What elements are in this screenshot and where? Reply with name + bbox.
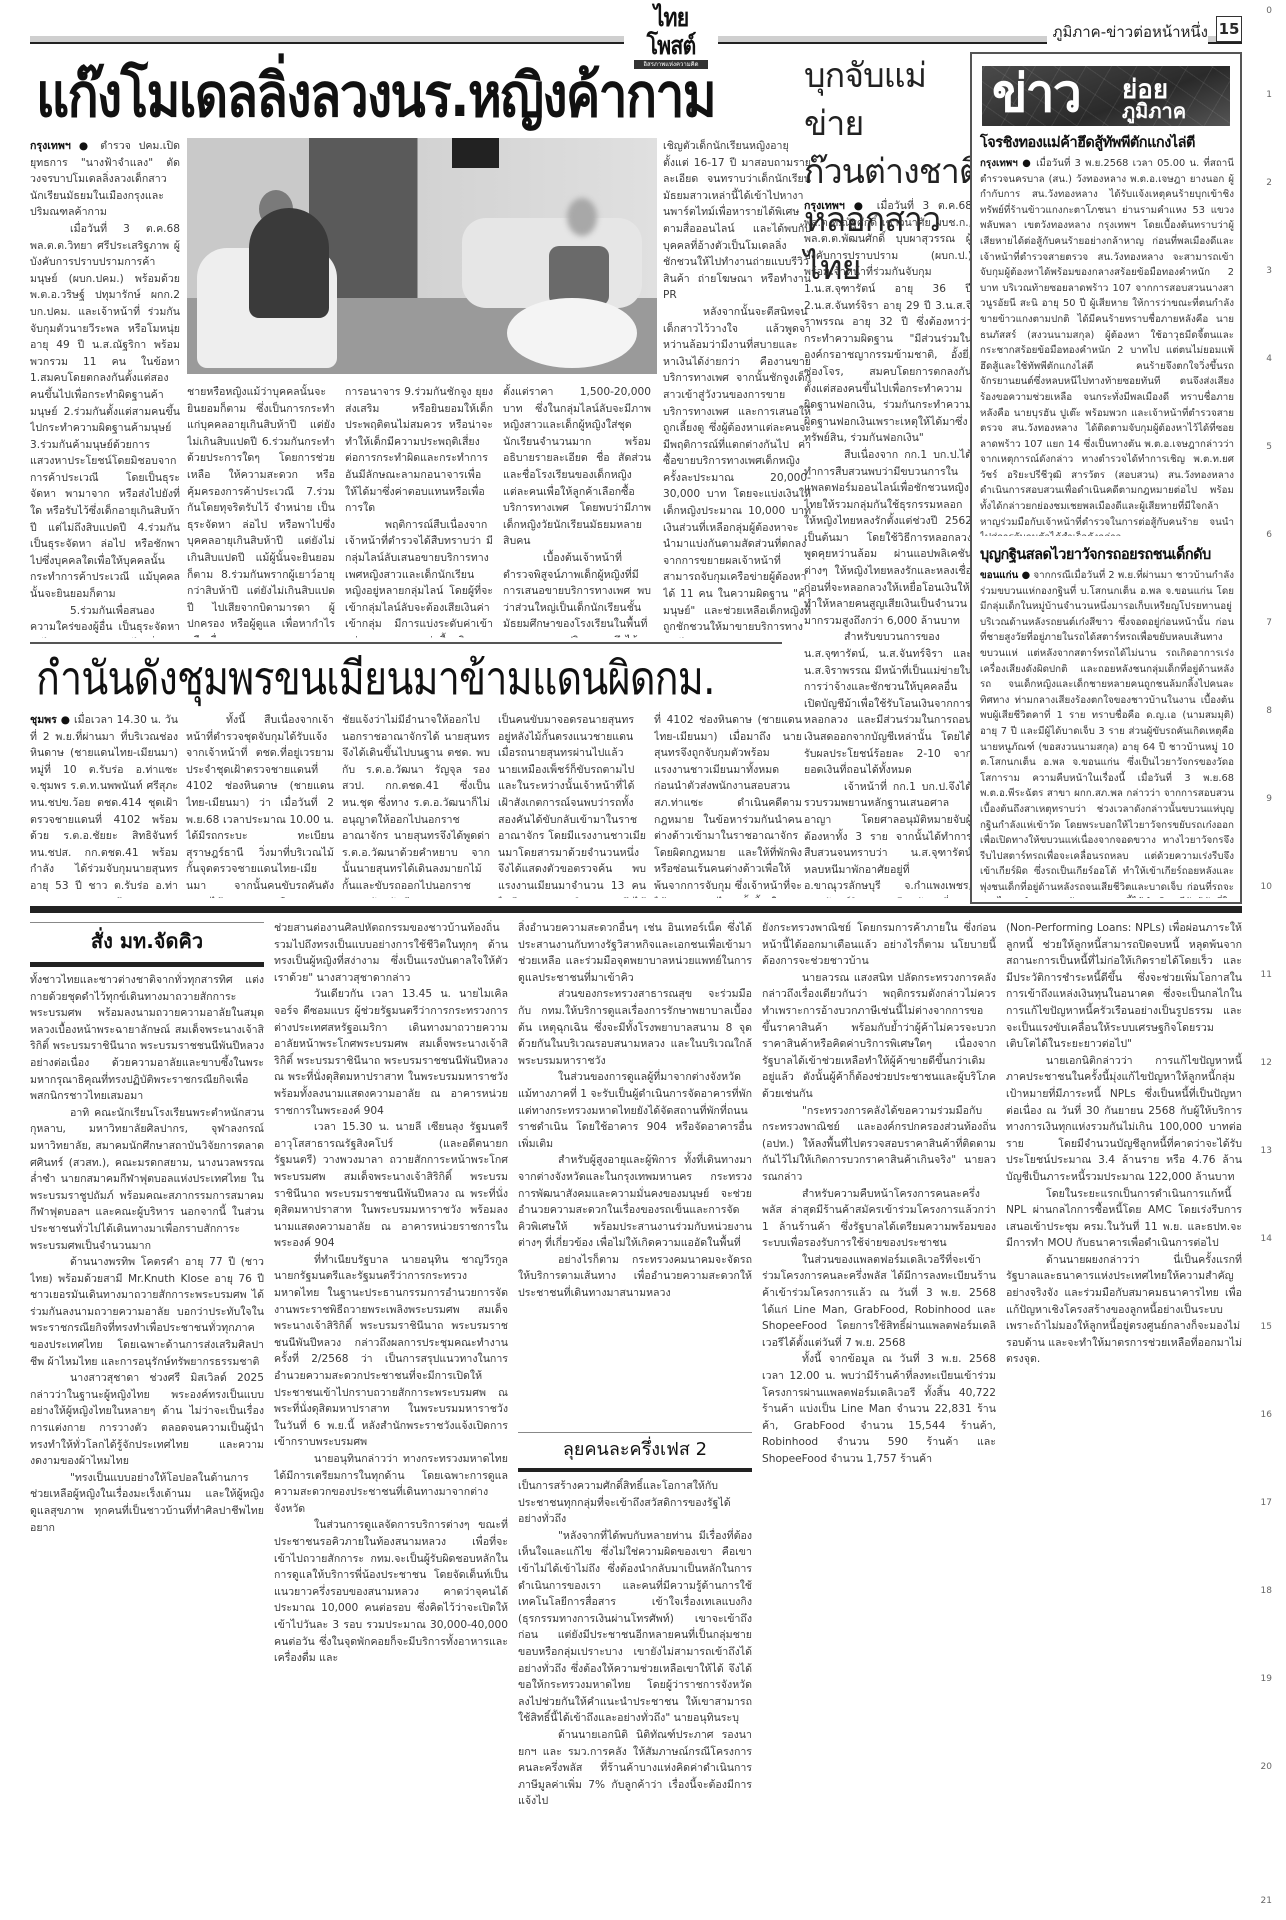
brief1-dateline: กรุงเทพฯ ● xyxy=(980,158,1032,169)
banner-title: ข่าว xyxy=(992,66,1080,126)
ruler-mark: 15 xyxy=(1261,1322,1272,1332)
story4-headline: สั่ง มท.จัดคิว xyxy=(30,928,264,954)
brief2-dateline: ขอนแก่น ● xyxy=(980,570,1030,581)
story1-para: เมื่อวันที่ 3 ต.ค.68 พล.ต.ต.วิทยา ศรีประ… xyxy=(30,221,180,603)
page-ruler: 0 1 2 3 4 5 6 7 8 9 10 11 12 13 14 15 16… xyxy=(1246,0,1286,1920)
story3-dateline: ชุมพร ● xyxy=(30,714,70,726)
story5-para: ด้านนายเอกนิติ นิติทัณฑ์ประภาศ รองนายกฯ … xyxy=(518,1727,752,1810)
story1-para: เชิญตัวเด็กนักเรียนหญิงอายุตั้งแต่ 16-17… xyxy=(663,138,811,304)
story4-col1: ทั้งชาวไทยและชาวต่างชาติจากทั่วทุกสารทิศ… xyxy=(30,972,264,1920)
story3-para: เป็นคนขับมาจอดรอนายสุนทรอยู่หลังไม้กั้นต… xyxy=(498,712,646,898)
story5-para: เป็นการสร้างความศักดิ์สิทธิ์และโอกาสให้ก… xyxy=(518,1478,752,1528)
story4-para: นางสาวสุชาดา ช่วงศรี มิสเวิลด์ 2025 กล่า… xyxy=(30,1370,264,1470)
ruler-mark: 9 xyxy=(1266,794,1272,804)
story1-para: หลังจากนั้นจะตีสนิทจนเด็กสาวไว้วางใจ แล้… xyxy=(663,304,811,638)
ruler-mark: 0 xyxy=(1266,6,1272,16)
ruler-mark: 14 xyxy=(1261,1234,1272,1244)
story4-para: เวลา 15.30 น. นายลี เซียนลุง รัฐมนตรีอาว… xyxy=(274,1119,508,1252)
story1-photo xyxy=(187,138,657,374)
story3-para: ทั้งนี้ สืบเนื่องจากเจ้าหน้าที่ตำรวจชุดจ… xyxy=(186,712,334,898)
story4-para: นายอนุทินกล่าวว่า ทางกระทรวงมหาดไทยได้มี… xyxy=(274,1451,508,1517)
story2-para: เจ้าหน้าที่ กก.1 บก.ป.จึงได้รวบรวมพยานหล… xyxy=(804,779,972,898)
story4-para: อย่างไรก็ตาม กระทรวงคมนาคมจะจัดรถให้บริก… xyxy=(518,1252,752,1302)
ruler-mark: 5 xyxy=(1266,442,1272,452)
story1-col2: ชายหรือหญิงแม้ว่าบุคคลนั้นจะยินยอมก็ตาม … xyxy=(187,384,335,638)
brief1-text: เมื่อวันที่ 3 พ.ย.2568 เวลา 05.00 น. ที่… xyxy=(980,158,1234,536)
brief2-body: ขอนแก่น ● จากกรณีเมื่อวันที่ 2 พ.ย.ที่ผ่… xyxy=(980,568,1234,898)
story4-para: สำหรับผู้สูงอายุและผู้พิการ ทั้งที่เดินท… xyxy=(518,1152,752,1252)
news-brief-banner: ข่าว ย่อย ภูมิภาค xyxy=(982,66,1230,126)
story4-para: ช่วยสานต่องานศิลปหัตถกรรมของชาวบ้านท้องถ… xyxy=(274,920,508,986)
story3-headline: กำนันดังชุมพรขนเมียนมาข้ามแดนผิดกม. xyxy=(36,648,715,708)
brief2-headline: บุญกฐินสลดไวยาวัจกรถอยรถชนเด็กดับ xyxy=(980,544,1211,566)
story3-col2: ทั้งนี้ สืบเนื่องจากเจ้าหน้าที่ตำรวจชุดจ… xyxy=(186,712,334,898)
ruler-mark: 20 xyxy=(1261,1762,1272,1772)
ruler-mark: 11 xyxy=(1261,970,1272,980)
story4-para: อาทิ คณะนักเรียนโรงเรียนพระตำหนักสวนกุหล… xyxy=(30,1105,264,1254)
brief2-text: จากกรณีเมื่อวันที่ 2 พ.ย.ที่ผ่านมา ชาวบ้… xyxy=(980,570,1234,898)
ruler-mark: 17 xyxy=(1261,1498,1272,1508)
story1-headline: แก๊งโมเดลลิ่งลวงนร.หญิงค้ากาม xyxy=(36,58,715,134)
story1-para: การอนาจาร 9.ร่วมกันชักจูง ยุยง ส่งเสริม … xyxy=(345,384,493,517)
story1-para: ชายหรือหญิงแม้ว่าบุคคลนั้นจะยินยอมก็ตาม … xyxy=(187,384,335,638)
story1-col4: ตั้งแต่ราคา 1,500-20,000 บาท ซึ่งในกลุ่ม… xyxy=(503,384,651,638)
brief1-headline: โจรชิงทองแม่ค้าฮึดสู้ทัพพีตักแกงไล่ตี xyxy=(980,132,1195,154)
story1-col3: การอนาจาร 9.ร่วมกันชักจูง ยุยง ส่งเสริม … xyxy=(345,384,493,638)
story4-para: ด้านนายผยงกล่าวว่า นี่เป็นครั้งแรกที่รัฐ… xyxy=(1006,1252,1242,1368)
story4-para: ทั้งนี้ จากข้อมูล ณ วันที่ 3 พ.ย. 2568 เ… xyxy=(762,1351,996,1467)
ruler-mark: 8 xyxy=(1266,706,1272,716)
story4-para: "ทรงเป็นแบบอย่างให้โอปอลในด้านการช่วยเหล… xyxy=(30,1470,264,1536)
story4-para: ด้านนางพรทิพ โคตรคำ อายุ 77 ปี (ชาวไทย) … xyxy=(30,1254,264,1370)
story2-headline-line: ก๊วนต่างชาติ xyxy=(804,148,984,196)
story3-para: ชัยแจ้งว่าไม่มีอำนาจให้ออกไปนอกราชอาณาจั… xyxy=(342,712,490,898)
story4-para: "กระทรวงการคลังได้ขอความร่วมมือกับกระทรว… xyxy=(762,1103,996,1186)
story3-col3: ชัยแจ้งว่าไม่มีอำนาจให้ออกไปนอกราชอาณาจั… xyxy=(342,712,490,898)
logo-text: ไทยโพสต์ xyxy=(631,4,711,60)
story2-body: กรุงเทพฯ ● เมื่อวันที่ 3 ต.ค.68 พล.ต.ท.ณ… xyxy=(804,198,972,898)
story4-top-rule xyxy=(30,922,264,923)
story4-para: สิ่งอำนวยความสะดวกอื่นๆ เช่น อินเทอร์เน็… xyxy=(518,920,752,986)
story4-para: ในส่วนของการดูแลผู้ที่มาจากต่างจังหวัด แ… xyxy=(518,1069,752,1152)
page-number: 15 xyxy=(1216,16,1242,42)
story4-para: ทั้งชาวไทยและชาวต่างชาติจากทั่วทุกสารทิศ… xyxy=(30,972,264,1105)
story3-para: เมื่อเวลา 14.30 น. วันที่ 2 พ.ย.ที่ผ่านม… xyxy=(30,714,178,898)
story1-divider xyxy=(30,642,782,644)
ruler-mark: 4 xyxy=(1266,354,1272,364)
brief1-body: กรุงเทพฯ ● เมื่อวันที่ 3 พ.ย.2568 เวลา 0… xyxy=(980,156,1234,536)
story2-para: สำหรับขบวนการของ น.ส.จุฑารัตน์, น.ส.จันท… xyxy=(804,629,972,778)
story4-para: ที่ทำเนียบรัฐบาล นายอนุทิน ชาญวีรกูล นาย… xyxy=(274,1252,508,1451)
story2-para: สืบเนื่องจาก กก.1 บก.ป.ได้ทำการสืบสวนพบว… xyxy=(804,447,972,630)
story2-headline-line: บุกจับแม่ข่าย xyxy=(804,52,984,148)
story4-para: ในส่วนของแพลตฟอร์มเดลิเวอรีที่จะเข้าร่วม… xyxy=(762,1252,996,1352)
story4-para: นายลวรณ แสงสนิท ปลัดกระทรวงการคลัง กล่าว… xyxy=(762,970,996,1103)
ruler-mark: 13 xyxy=(1261,1146,1272,1156)
story4-headline-rule xyxy=(30,962,264,967)
story4-para: สำหรับความคืบหน้าโครงการคนละครึ่งพลัส ล่… xyxy=(762,1186,996,1252)
story3-col5: ที่ 4102 ช่องหินดาษ (ชายแดนไทย-เมียนมา) … xyxy=(654,712,802,898)
section-divider xyxy=(30,906,1242,913)
story3-para: ที่ 4102 ช่องหินดาษ (ชายแดนไทย-เมียนมา) … xyxy=(654,712,802,898)
story4-para: ในส่วนการดูแลจัดการบริการต่างๆ ขณะที่ประ… xyxy=(274,1517,508,1666)
masthead: ไทยโพสต์ อิสรภาพแห่งความคิด ภูมิภาค-ข่าว… xyxy=(30,0,1242,46)
story2-dateline: กรุงเทพฯ ● xyxy=(804,200,868,212)
ruler-mark: 21 xyxy=(1261,1896,1272,1906)
story4-para: ยังกระทรวงพาณิชย์ โดยกรมการค้าภายใน ซึ่ง… xyxy=(762,920,996,970)
story1-col5: เชิญตัวเด็กนักเรียนหญิงอายุตั้งแต่ 16-17… xyxy=(663,138,811,638)
story1-col1: กรุงเทพฯ ● ตำรวจ ปคม.เปิดยุทธการ "นางฟ้า… xyxy=(30,138,180,638)
banner-subtitle-bottom: ภูมิภาค xyxy=(1122,98,1186,126)
ruler-mark: 12 xyxy=(1261,1058,1272,1068)
story4-para: นายเอกนิติกล่าวว่า การแก้ไขปัญหาหนี้ภาคป… xyxy=(1006,1053,1242,1186)
story1-para: 5.ร่วมกันเพื่อสนองความใคร่ของผู้อื่น เป็… xyxy=(30,603,180,638)
story2-para: เมื่อวันที่ 3 ต.ค.68 พล.ต.ท.ณัฐศักดิ์ เช… xyxy=(804,200,972,444)
story1-para: พฤติการณ์สืบเนื่องจากเจ้าหน้าที่ตำรวจได้… xyxy=(345,517,493,638)
ruler-mark: 3 xyxy=(1266,266,1272,276)
story4-para: โดยในระยะแรกเป็นการดำเนินการแก้หนี้ NPL … xyxy=(1006,1186,1242,1252)
ruler-mark: 1 xyxy=(1266,90,1272,100)
story5-top-rule xyxy=(518,1432,752,1433)
story1-para: ตั้งแต่ราคา 1,500-20,000 บาท ซึ่งในกลุ่ม… xyxy=(503,384,651,550)
story3-col4: เป็นคนขับมาจอดรอนายสุนทรอยู่หลังไม้กั้นต… xyxy=(498,712,646,898)
newspaper-page: ไทยโพสต์ อิสรภาพแห่งความคิด ภูมิภาค-ข่าว… xyxy=(30,0,1242,1920)
story1-para: เบื้องต้นเจ้าหน้าที่ตำรวจพิสูจน์ภาพเด็กผ… xyxy=(503,550,651,638)
ruler-mark: 2 xyxy=(1266,178,1272,188)
story4-col2: ช่วยสานต่องานศิลปหัตถกรรมของชาวบ้านท้องถ… xyxy=(274,920,508,1920)
story5-headline-rule xyxy=(518,1468,752,1472)
ruler-mark: 19 xyxy=(1261,1674,1272,1684)
story1-dateline: กรุงเทพฯ ● xyxy=(30,140,92,152)
story5-para: "หลังจากที่ได้พบกับหลายท่าน มีเรื่องที่ต… xyxy=(518,1528,752,1727)
story4-col4: ยังกระทรวงพาณิชย์ โดยกรมการค้าภายใน ซึ่ง… xyxy=(762,920,996,1920)
story4-para: ส่วนของกระทรวงสาธารณสุข จะร่วมมือกับ กทม… xyxy=(518,986,752,1069)
story4-para: วันเดียวกัน เวลา 13.45 น. นายไมเคิล จอร์… xyxy=(274,986,508,1119)
ruler-mark: 6 xyxy=(1266,530,1272,540)
story4-col5: (Non-Performing Loans: NPLs) เพื่อผ่อนภา… xyxy=(1006,920,1242,1920)
story3-col1: ชุมพร ● เมื่อเวลา 14.30 น. วันที่ 2 พ.ย.… xyxy=(30,712,178,898)
ruler-mark: 16 xyxy=(1261,1410,1272,1420)
story4-col3: สิ่งอำนวยความสะดวกอื่นๆ เช่น อินเทอร์เน็… xyxy=(518,920,752,1420)
ruler-mark: 18 xyxy=(1261,1586,1272,1596)
newspaper-logo: ไทยโพสต์ อิสรภาพแห่งความคิด xyxy=(624,4,718,44)
ruler-mark: 10 xyxy=(1261,882,1272,892)
ruler-mark: 7 xyxy=(1266,618,1272,628)
story4-para: (Non-Performing Loans: NPLs) เพื่อผ่อนภา… xyxy=(1006,920,1242,1053)
story5-body: เป็นการสร้างความศักดิ์สิทธิ์และโอกาสให้ก… xyxy=(518,1478,752,1920)
news-brief-box: ข่าว ย่อย ภูมิภาค โจรชิงทองแม่ค้าฮึดสู้ท… xyxy=(970,52,1242,904)
story5-headline: ลุยคนละครึ่งเฟส 2 xyxy=(518,1438,752,1462)
section-label: ภูมิภาค-ข่าวต่อหน้าหนึ่ง xyxy=(1047,20,1208,44)
